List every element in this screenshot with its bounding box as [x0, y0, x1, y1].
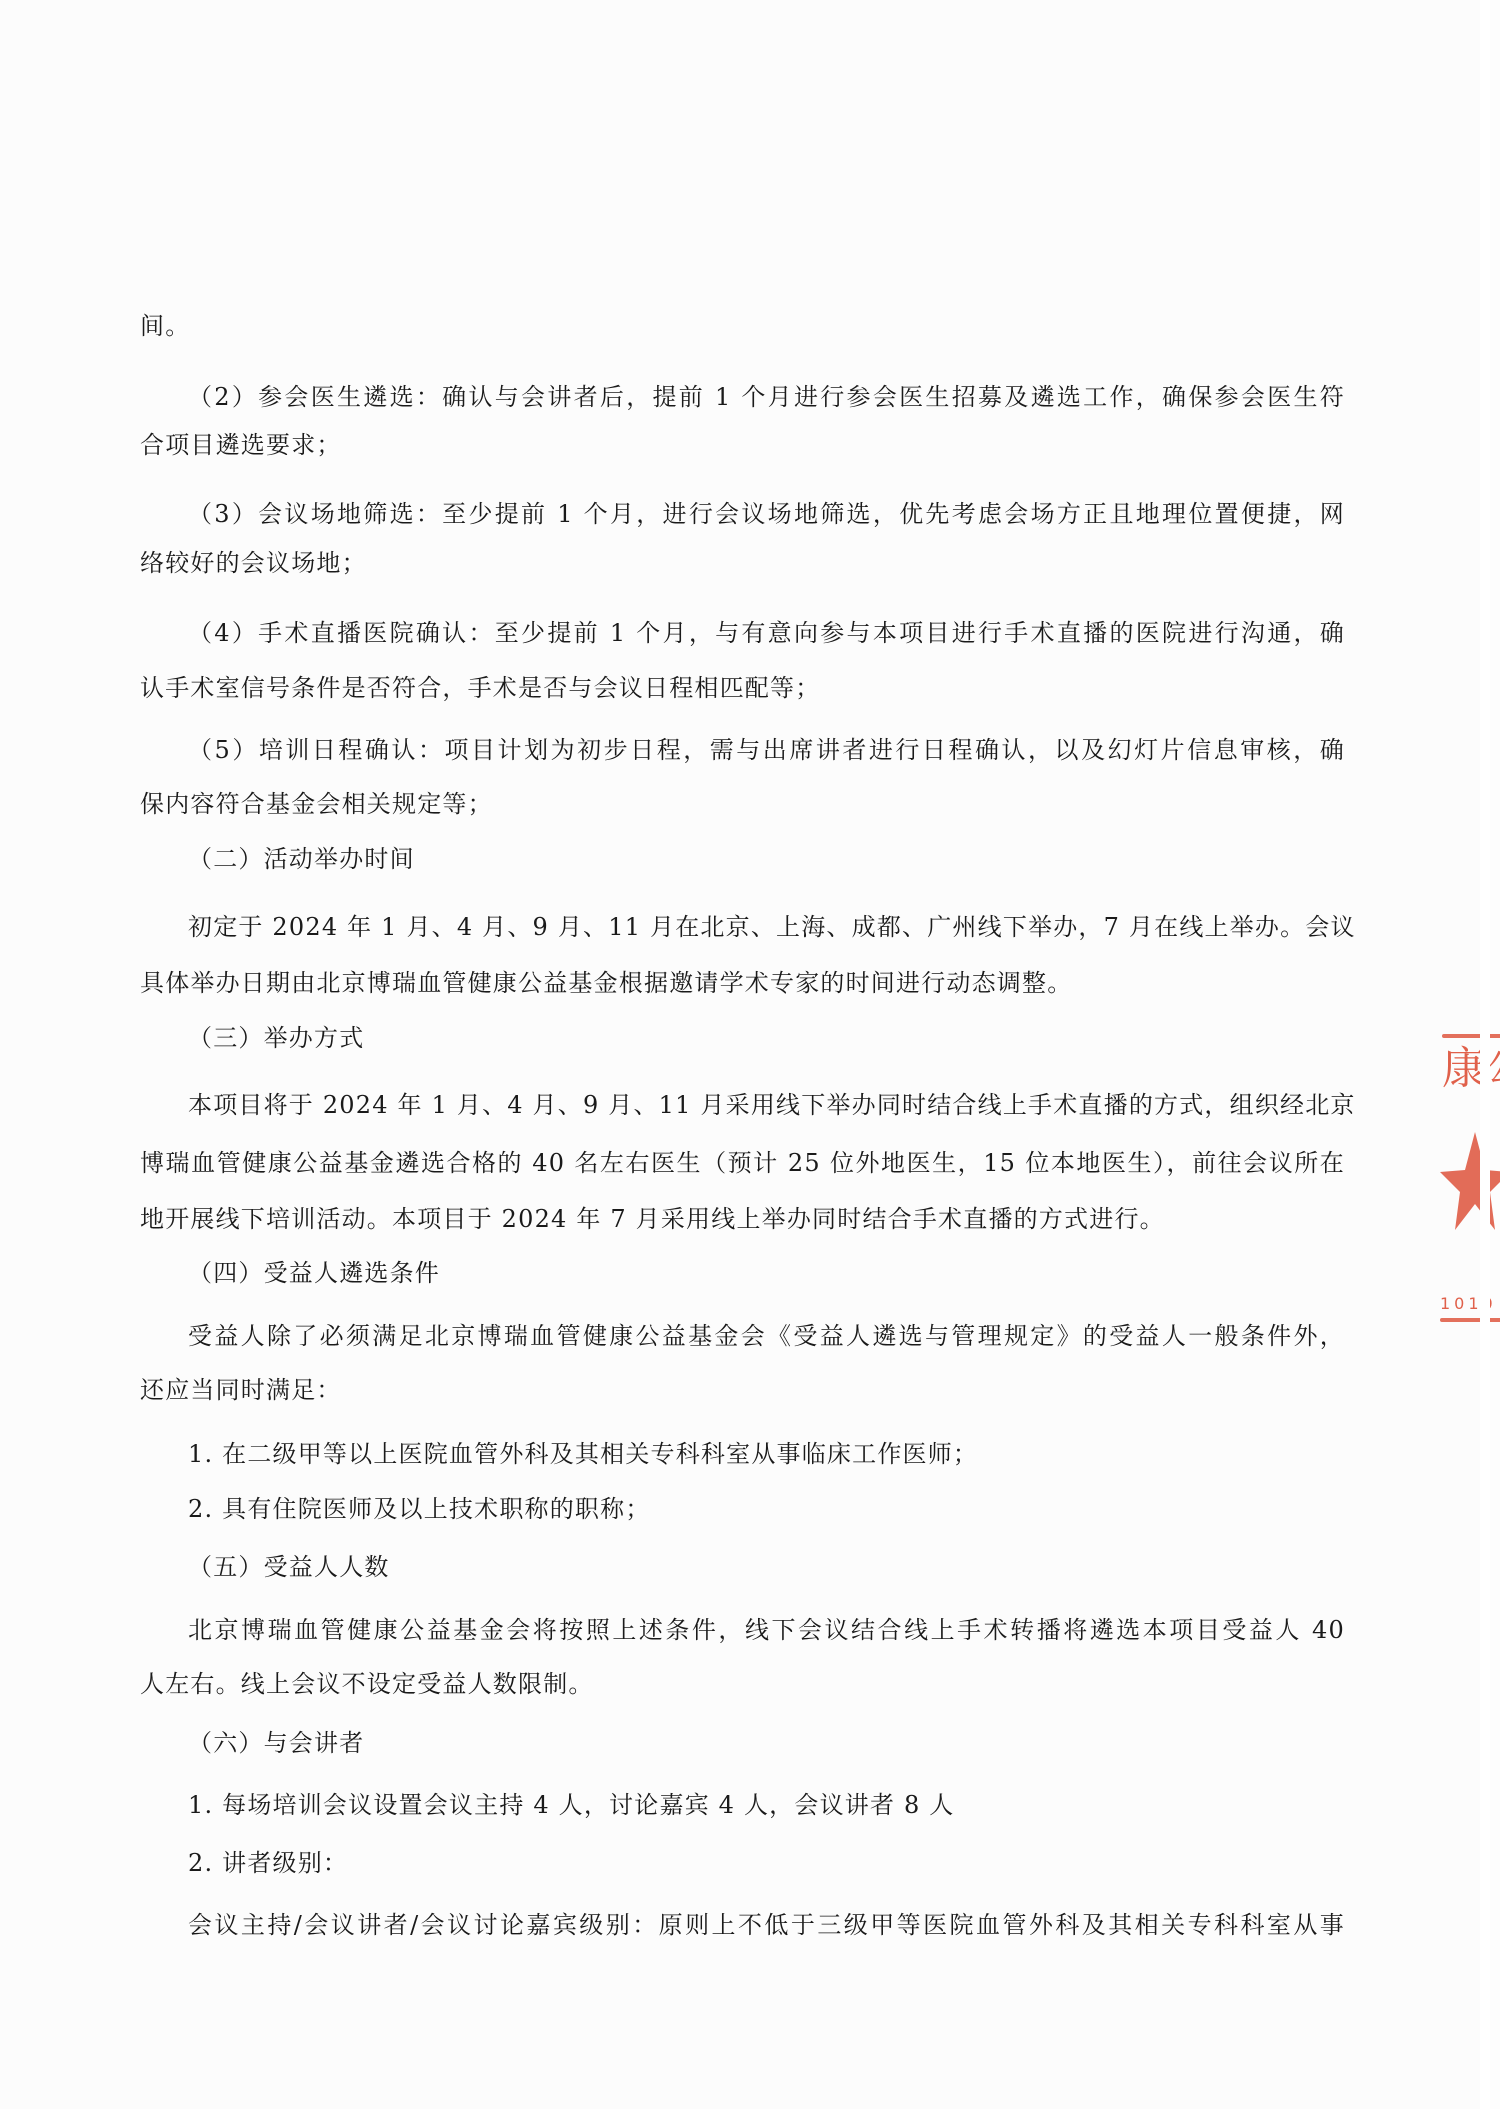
text-line: （五）受益人人数 — [188, 1552, 390, 1582]
text-line: 保内容符合基金会相关规定等； — [140, 789, 493, 819]
text-line: 本项目将于 2024 年 1 月、4 月、9 月、11 月采用线下举办同时结合线… — [188, 1090, 1345, 1120]
text-line: 1. 在二级甲等以上医院血管外科及其相关专科科室从事临床工作医师； — [188, 1439, 978, 1469]
text-line: 认手术室信号条件是否符合，手术是否与会议日程相匹配等； — [140, 673, 820, 703]
text-line: 2. 讲者级别： — [188, 1848, 348, 1878]
text-line: （5）培训日程确认：项目计划为初步日程，需与出席讲者进行日程确认，以及幻灯片信息… — [188, 735, 1345, 765]
text-line: （二）活动举办时间 — [188, 844, 415, 874]
text-line: （3）会议场地筛选：至少提前 1 个月，进行会议场地筛选，优先考虑会场方正且地理… — [188, 499, 1345, 529]
text-line: 2. 具有住院医师及以上技术职称的职称； — [188, 1494, 651, 1524]
text-line: （六）与会讲者 — [188, 1728, 364, 1758]
text-line: 合项目遴选要求； — [140, 430, 342, 460]
document-page: 间。（2）参会医生遴选：确认与会讲者后，提前 1 个月进行参会医生招募及遴选工作… — [0, 0, 1490, 2109]
text-line: 间。 — [140, 311, 190, 341]
text-line: 人左右。线上会议不设定受益人数限制。 — [140, 1669, 594, 1699]
text-line: （四）受益人遴选条件 — [188, 1258, 440, 1288]
text-line: 络较好的会议场地； — [140, 548, 367, 578]
text-line: 博瑞血管健康公益基金遴选合格的 40 名左右医生（预计 25 位外地医生，15 … — [140, 1148, 1345, 1178]
seal-bottom-border — [1440, 1318, 1500, 1322]
text-line: 受益人除了必须满足北京博瑞血管健康公益基金会《受益人遴选与管理规定》的受益人一般… — [188, 1321, 1345, 1351]
text-line: 还应当同时满足： — [140, 1375, 342, 1405]
text-line: （4）手术直播医院确认：至少提前 1 个月，与有意向参与本项目进行手术直播的医院… — [188, 618, 1345, 648]
text-line: 地开展线下培训活动。本项目于 2024 年 7 月采用线上举办同时结合手术直播的… — [140, 1204, 1165, 1234]
seal-top-border — [1442, 1034, 1500, 1038]
text-line: 北京博瑞血管健康公益基金会将按照上述条件，线下会议结合线上手术转播将遴选本项目受… — [188, 1615, 1345, 1645]
star-icon — [1440, 1132, 1500, 1232]
text-line: 具体举办日期由北京博瑞血管健康公益基金根据邀请学术专家的时间进行动态调整。 — [140, 968, 1072, 998]
text-line: 会议主持/会议讲者/会议讨论嘉宾级别：原则上不低于三级甲等医院血管外科及其相关专… — [188, 1910, 1345, 1940]
page-edge — [1480, 0, 1490, 2109]
text-line: 1. 每场培训会议设置会议主持 4 人，讨论嘉宾 4 人，会议讲者 8 人 — [188, 1790, 955, 1820]
text-line: 初定于 2024 年 1 月、4 月、9 月、11 月在北京、上海、成都、广州线… — [188, 912, 1345, 942]
text-line: （2）参会医生遴选：确认与会讲者后，提前 1 个月进行参会医生招募及遴选工作，确… — [188, 382, 1345, 412]
text-line: （三）举办方式 — [188, 1023, 364, 1053]
